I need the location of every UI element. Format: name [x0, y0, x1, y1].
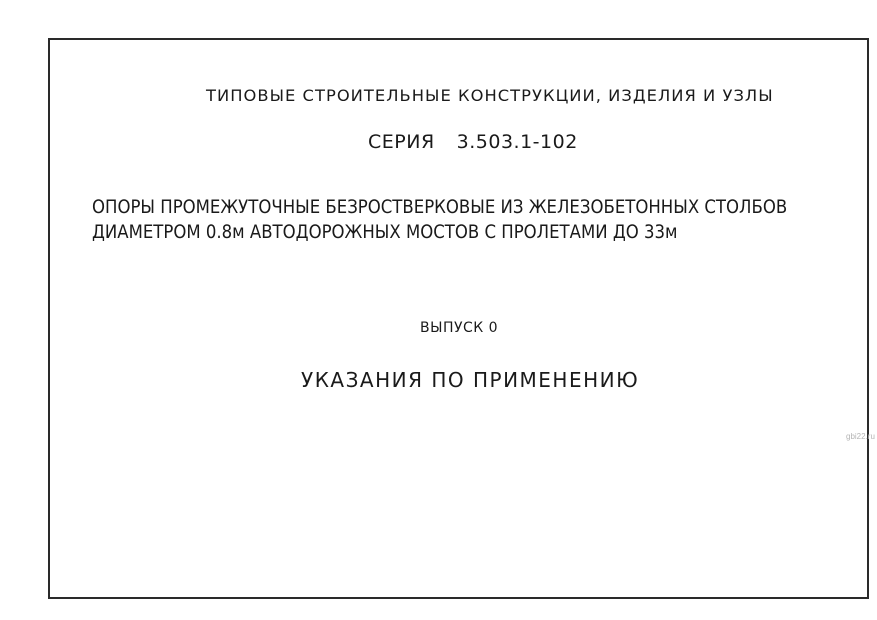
watermark-text: gbi22.ru — [846, 432, 875, 441]
series-designation: СЕРИЯ3.503.1-102 — [368, 131, 578, 153]
document-subtitle: УКАЗАНИЯ ПО ПРИМЕНЕНИЮ — [301, 368, 639, 392]
document-title-line-2: ДИАМЕТРОМ 0.8м АВТОДОРОЖНЫХ МОСТОВ С ПРО… — [92, 221, 678, 243]
catalog-header: ТИПОВЫЕ СТРОИТЕЛЬНЫЕ КОНСТРУКЦИИ, ИЗДЕЛИ… — [206, 86, 774, 105]
issue-number: ВЫПУСК 0 — [420, 320, 498, 336]
series-label: СЕРИЯ — [368, 131, 435, 153]
document-title-line-1: ОПОРЫ ПРОМЕЖУТОЧНЫЕ БЕЗРОСТВЕРКОВЫЕ ИЗ Ж… — [92, 196, 787, 218]
title-page-frame — [48, 38, 869, 599]
series-number: 3.503.1-102 — [457, 131, 578, 153]
